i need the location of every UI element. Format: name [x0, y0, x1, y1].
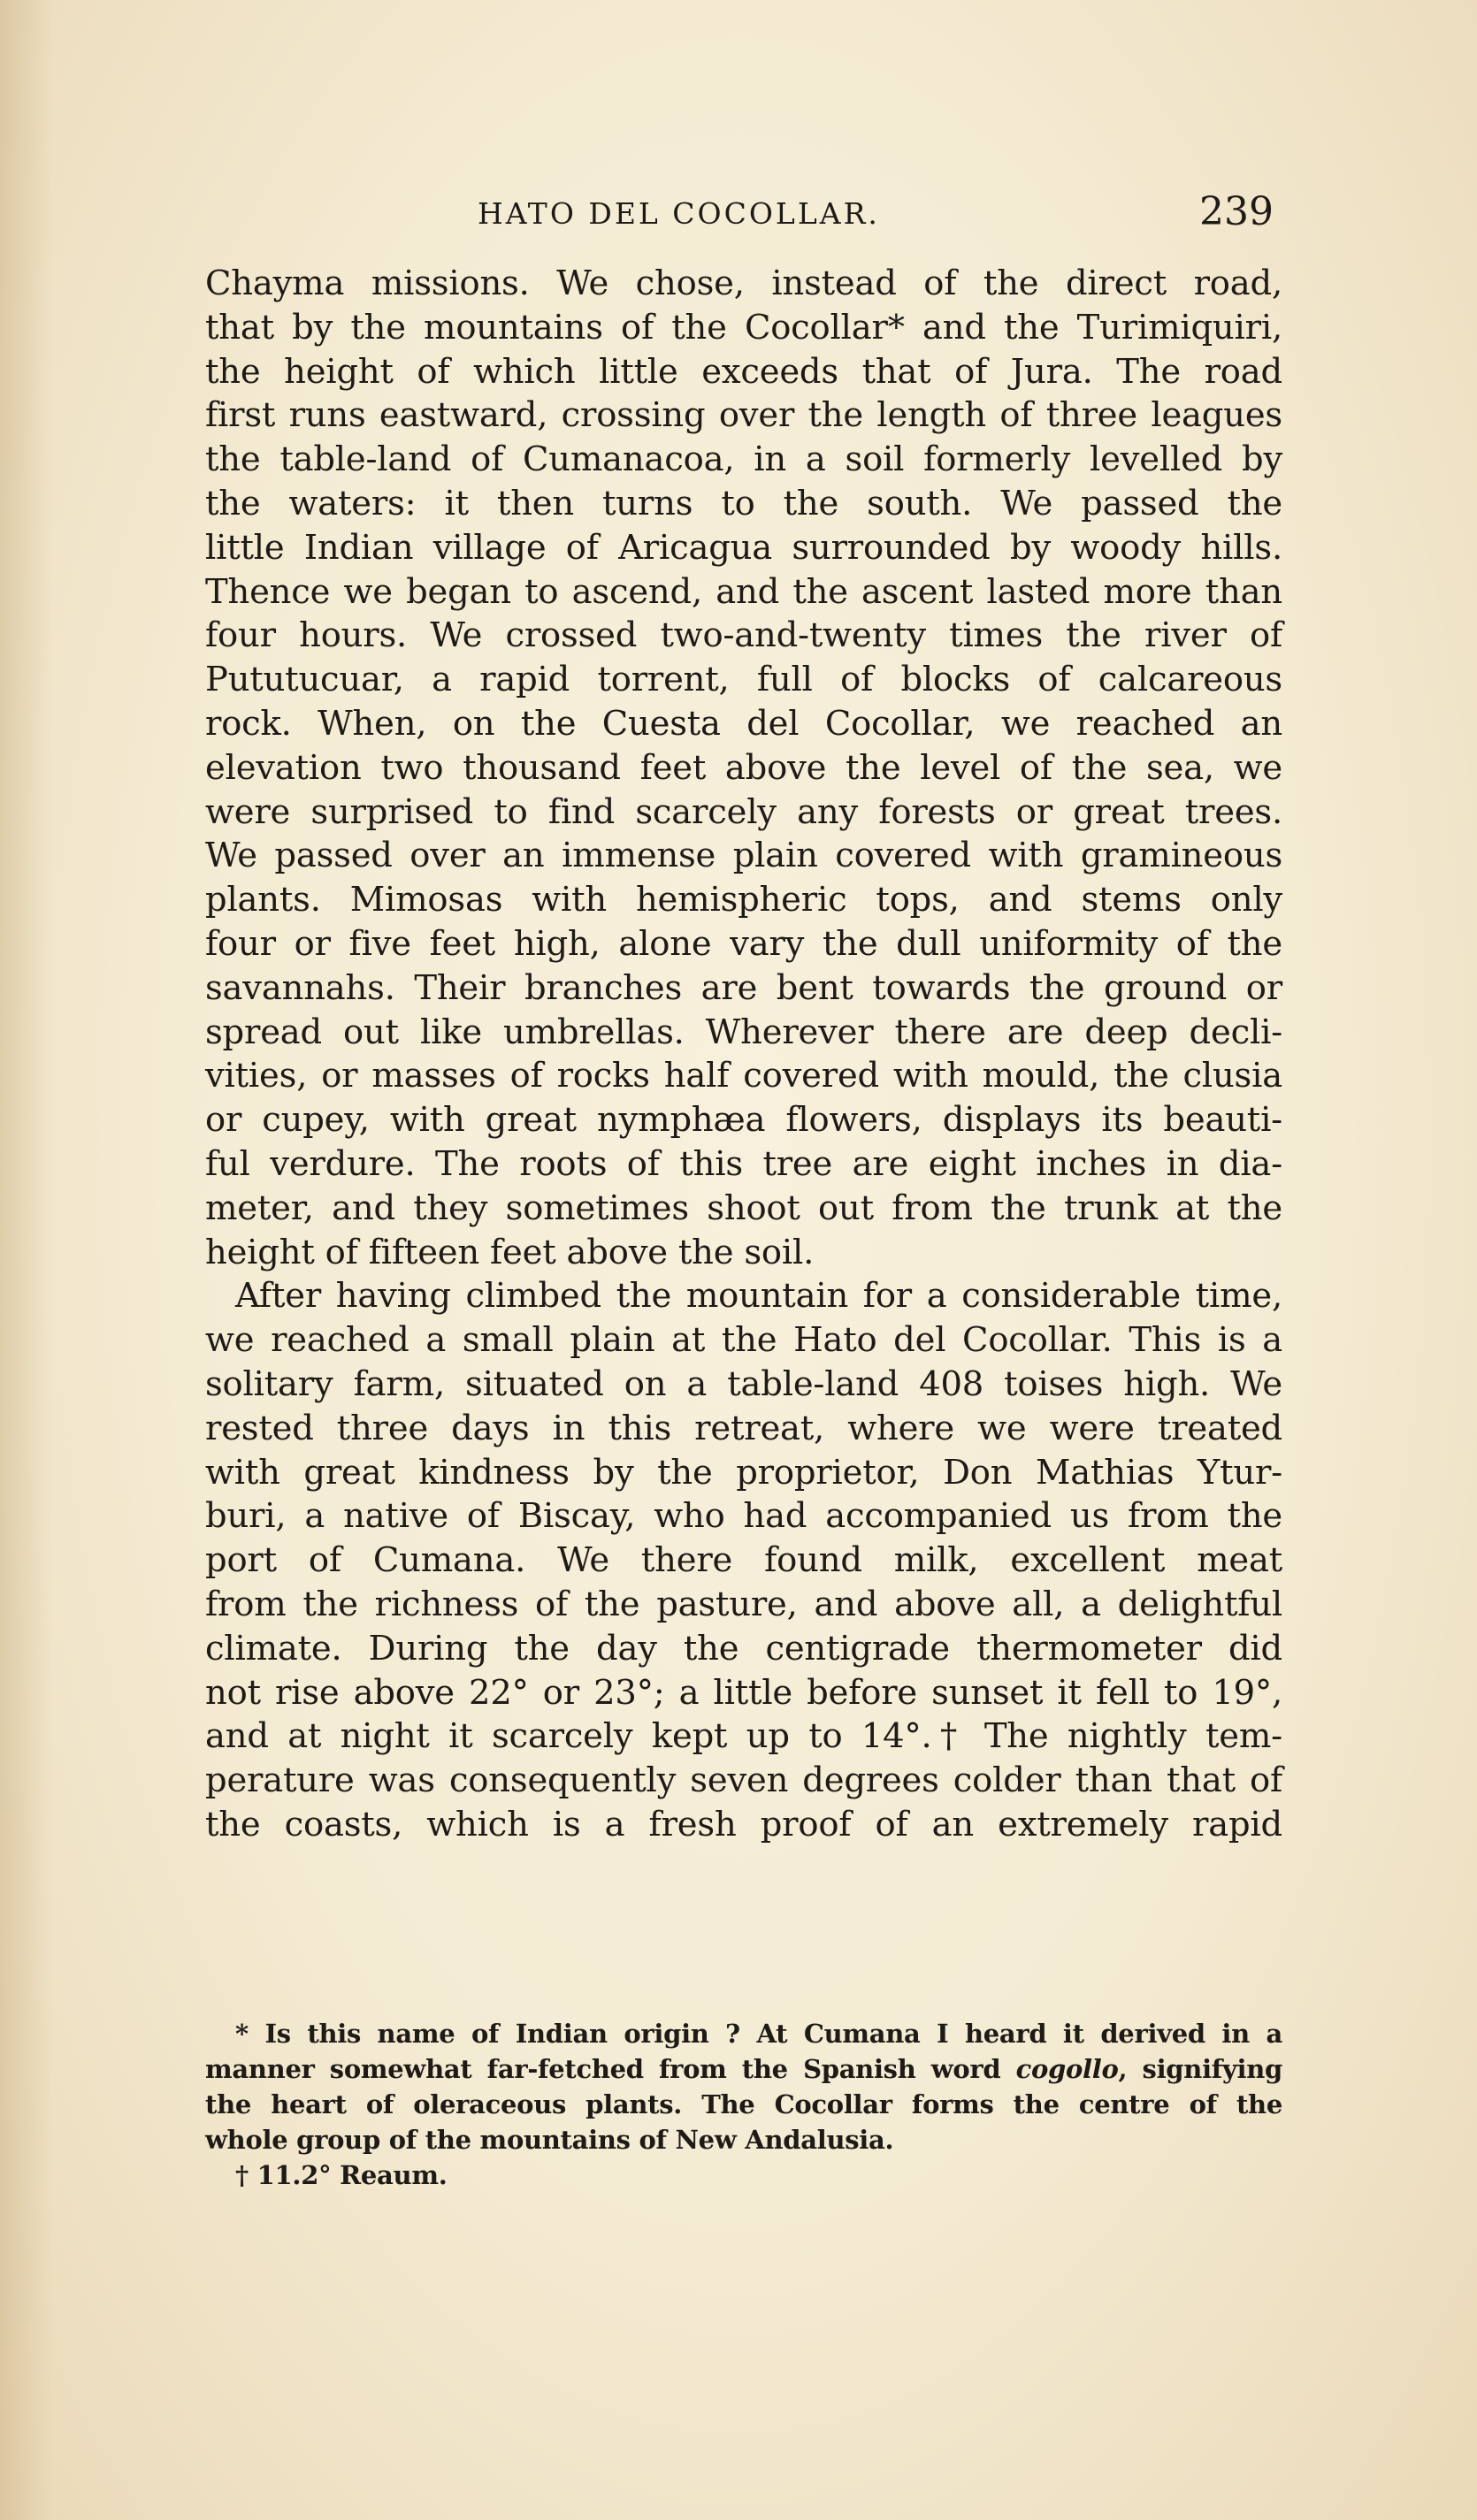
page-number: 239 [1199, 189, 1274, 234]
text-line: the height of which little exceeds that … [205, 350, 1282, 394]
text-line: the table-land of Cumanacoa, in a soil f… [205, 438, 1282, 482]
footnote-dagger: † 11.2° Reaum. [205, 2157, 1282, 2193]
text-line: first runs eastward, crossing over the l… [205, 393, 1282, 438]
text-line: were surprised to find scarcely any fore… [205, 790, 1282, 835]
text-line: four or five feet high, alone vary the d… [205, 922, 1282, 966]
text-line: ful verdure. The roots of this tree are … [205, 1142, 1282, 1187]
footnote-marker-asterisk: * [235, 2019, 249, 2049]
footnote-line: whole group of the mountains of New Anda… [205, 2122, 1282, 2157]
footnote-asterisk: * Is this name of Indian origin ? At Cum… [205, 2016, 1282, 2051]
text-line: from the richness of the pasture, and ab… [205, 1583, 1282, 1627]
text-line: rock. When, on the Cuesta del Cocollar, … [205, 702, 1282, 746]
text-line: climate. During the day the centigrade t… [205, 1627, 1282, 1671]
running-title: HATO DEL COCOLLAR. [478, 196, 880, 231]
text-line: that by the mountains of the Cocollar* a… [205, 306, 1282, 350]
italic-term: cogollo [1016, 2054, 1119, 2084]
text-line: We passed over an immense plain covered … [205, 834, 1282, 878]
text-line: Chayma missions. We chose, instead of th… [205, 262, 1282, 306]
footnotes: * Is this name of Indian origin ? At Cum… [205, 2016, 1282, 2193]
text-line: vities, or masses of rocks half covered … [205, 1054, 1282, 1098]
footnote-line: the heart of oleraceous plants. The Coco… [205, 2087, 1282, 2122]
text-line: solitary farm, situated on a table-land … [205, 1363, 1282, 1407]
text-line: elevation two thousand feet above the le… [205, 746, 1282, 790]
text-line: Thence we began to ascend, and the ascen… [205, 570, 1282, 615]
text-line-paragraph-end: height of fifteen feet above the soil. [205, 1231, 1282, 1275]
text-line: or cupey, with great nymphæa flowers, di… [205, 1098, 1282, 1142]
text-line: port of Cumana. We there found milk, exc… [205, 1539, 1282, 1583]
footnote-marker-dagger: † [235, 2160, 249, 2190]
text-line: four hours. We crossed two-and-twenty ti… [205, 614, 1282, 658]
text-line: spread out like umbrellas. Wherever ther… [205, 1011, 1282, 1055]
text-line: rested three days in this retreat, where… [205, 1407, 1282, 1451]
running-head: HATO DEL COCOLLAR. 239 [478, 196, 1274, 249]
text-line: not rise above 22° or 23°; a little befo… [205, 1671, 1282, 1715]
text-line: buri, a native of Biscay, who had accomp… [205, 1494, 1282, 1539]
text-line: perature was consequently seven degrees … [205, 1759, 1282, 1803]
text-line: meter, and they sometimes shoot out from… [205, 1187, 1282, 1231]
text-line: little Indian village of Aricagua surrou… [205, 526, 1282, 570]
text-line: Pututucuar, a rapid torrent, full of blo… [205, 658, 1282, 702]
text-line: we reached a small plain at the Hato del… [205, 1318, 1282, 1363]
text-line: the waters: it then turns to the south. … [205, 482, 1282, 526]
text-line: with great kindness by the proprietor, D… [205, 1451, 1282, 1495]
text-line-paragraph-start: After having climbed the mountain for a … [205, 1274, 1282, 1318]
body-text: Chayma missions. We chose, instead of th… [205, 262, 1282, 1847]
footnote-line: manner somewhat far-fetched from the Spa… [205, 2051, 1282, 2087]
text-line: and at night it scarcely kept up to 14°.… [205, 1714, 1282, 1759]
text-line: the coasts, which is a fresh proof of an… [205, 1803, 1282, 1847]
book-page: HATO DEL COCOLLAR. 239 Chayma missions. … [0, 0, 1477, 2520]
text-line: savannahs. Their branches are bent towar… [205, 966, 1282, 1011]
text-line: plants. Mimosas with hemispheric tops, a… [205, 878, 1282, 922]
